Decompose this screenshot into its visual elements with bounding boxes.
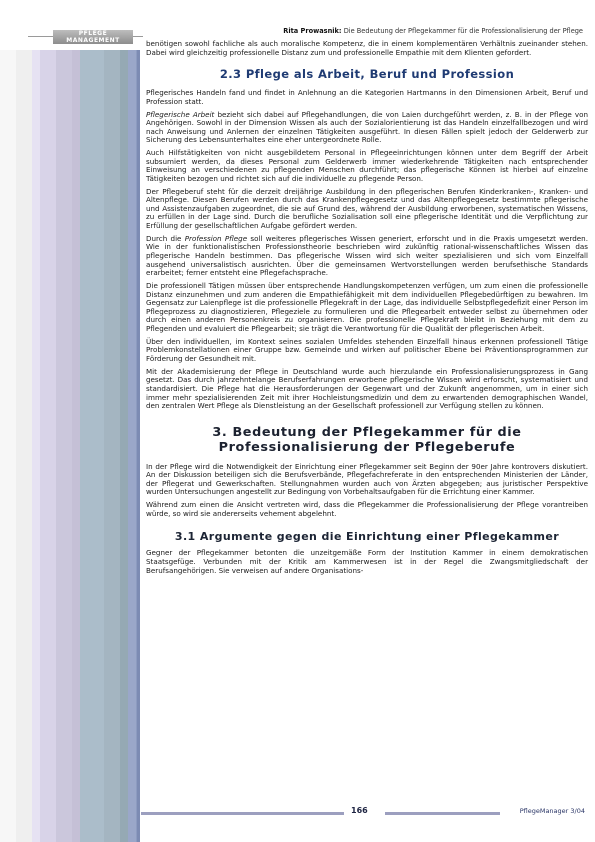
journal-issue: PflegeManager 3/04 xyxy=(520,807,585,815)
section-heading-3: 3. Bedeutung der Pflegekammer für die Pr… xyxy=(146,425,588,455)
header-title: Die Bedeutung der Pflegekammer für die P… xyxy=(344,27,583,35)
journal-logo: PFLEGE MANAGEMENT xyxy=(28,28,143,48)
header-author: Rita Prowasnik: xyxy=(283,27,341,35)
heading-line: Professionalisierung der Pflegeberufe xyxy=(219,440,516,455)
strip-edge-divider xyxy=(137,50,140,842)
paragraph: Durch die Profession Pflege soll weitere… xyxy=(146,235,588,278)
paragraph: Auch Hilfstätigkeiten von nicht ausgebil… xyxy=(146,149,588,183)
paragraph: Mit der Akademisierung der Pflege in Deu… xyxy=(146,368,588,411)
paragraph: In der Pflege wird die Notwendigkeit der… xyxy=(146,463,588,497)
article-body: benötigen sowohl fachliche als auch mora… xyxy=(146,40,588,579)
footer-rule-left xyxy=(141,812,344,815)
paragraph: Pflegerisches Handeln fand und findet in… xyxy=(146,89,588,106)
page-footer: 166 PflegeManager 3/04 xyxy=(141,806,587,820)
color-band xyxy=(80,50,104,842)
color-band xyxy=(120,50,128,842)
paragraph: Pflegerische Arbeit bezieht sich dabei a… xyxy=(146,111,588,145)
section-heading-2-3: 2.3 Pflege als Arbeit, Beruf und Profess… xyxy=(146,67,588,81)
heading-line: 3. Bedeutung der Pflegekammer für die xyxy=(212,425,521,440)
color-band xyxy=(56,50,72,842)
intro-paragraph: benötigen sowohl fachliche als auch mora… xyxy=(146,40,588,57)
section-heading-3-1: 3.1 Argumente gegen die Einrichtung eine… xyxy=(146,530,588,543)
decorative-color-strip xyxy=(0,50,140,842)
color-band xyxy=(32,50,40,842)
color-band xyxy=(128,50,136,842)
color-band xyxy=(40,50,56,842)
paragraph: Während zum einen die Ansicht vertreten … xyxy=(146,501,588,518)
color-band xyxy=(72,50,80,842)
paragraph: Über den individuellen, im Kontext seine… xyxy=(146,338,588,364)
running-header: Rita Prowasnik: Die Bedeutung der Pflege… xyxy=(150,27,583,35)
footer-rule-right xyxy=(385,812,500,815)
color-band xyxy=(0,50,16,842)
page-number: 166 xyxy=(351,806,368,815)
paragraph: Die professionell Tätigen müssen über en… xyxy=(146,282,588,334)
color-band xyxy=(104,50,120,842)
color-band xyxy=(16,50,32,842)
paragraph: Gegner der Pflegekammer betonten die unz… xyxy=(146,549,588,575)
paragraph: Der Pflegeberuf steht für die derzeit dr… xyxy=(146,188,588,231)
logo-wordmark: PFLEGE MANAGEMENT xyxy=(53,30,133,44)
